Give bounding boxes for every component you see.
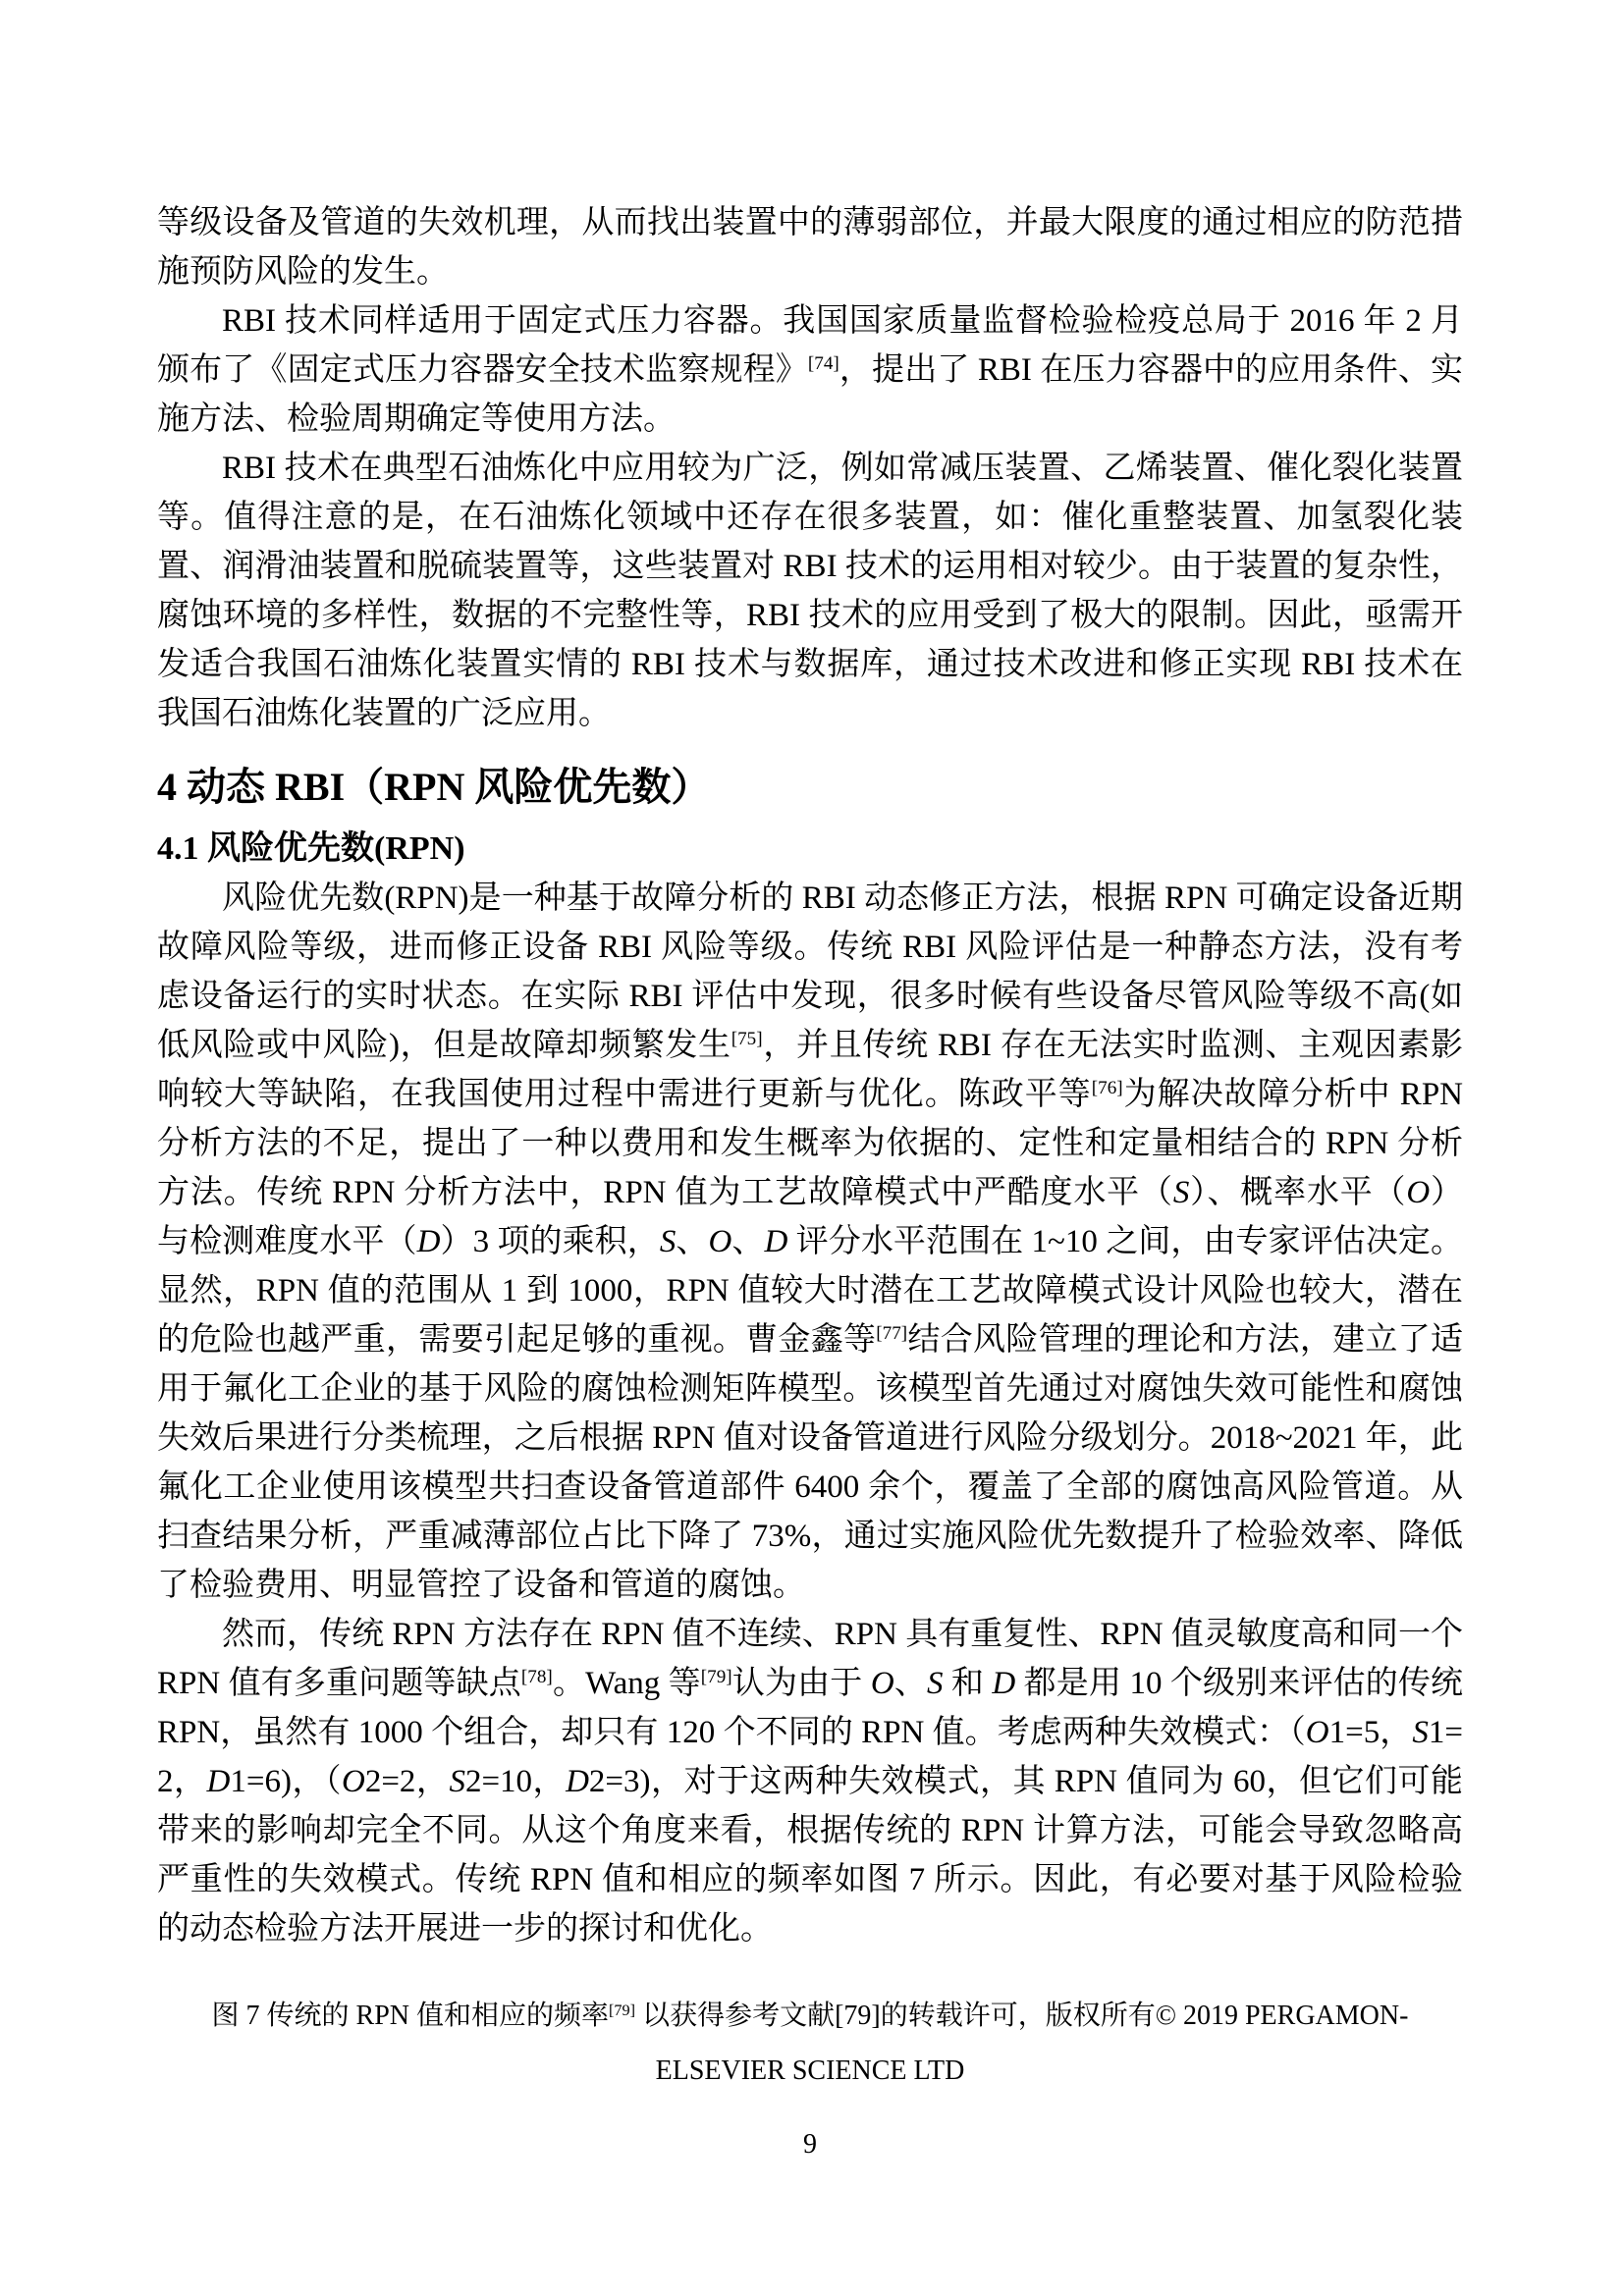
paragraph-rpn-limitations: 然而，传统 RPN 方法存在 RPN 值不连续、RPN 具有重复性、RPN 值灵…: [157, 1610, 1463, 1953]
figure-caption-line1: 图 7 传统的 RPN 值和相应的频率[79] 以获得参考文献[79]的转载许可…: [157, 1989, 1463, 2044]
paragraph-rbi-refining: RBI 技术在典型石油炼化中应用较为广泛，例如常减压装置、乙烯装置、催化裂化装置…: [157, 444, 1463, 738]
page-number: 9: [157, 2125, 1463, 2164]
paragraph-rbi-pressure-vessel: RBI 技术同样适用于固定式压力容器。我国国家质量监督检验检疫总局于 2016 …: [157, 296, 1463, 444]
paragraph-continuation: 等级设备及管道的失效机理，从而找出装置中的薄弱部位，并最大限度的通过相应的防范措…: [157, 198, 1463, 296]
section-heading: 4 动态 RBI（RPN 风险优先数）: [157, 760, 1463, 815]
subsection-heading: 4.1 风险优先数(RPN): [157, 825, 1463, 874]
paragraph-rpn-definition: 风险优先数(RPN)是一种基于故障分析的 RBI 动态修正方法，根据 RPN 可…: [157, 874, 1463, 1610]
figure-caption: 图 7 传统的 RPN 值和相应的频率[79] 以获得参考文献[79]的转载许可…: [157, 1989, 1463, 2099]
document-page: 等级设备及管道的失效机理，从而找出装置中的薄弱部位，并最大限度的通过相应的防范措…: [0, 0, 1624, 2296]
figure-caption-line2: ELSEVIER SCIENCE LTD: [157, 2044, 1463, 2099]
